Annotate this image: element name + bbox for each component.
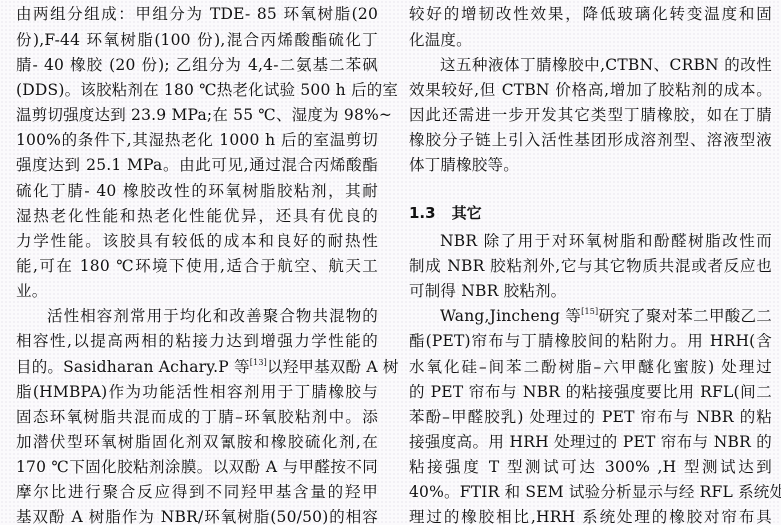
text-line: 能,可在 180 ℃环境下使用,适合于航空、航天工: [16, 256, 378, 276]
citation-ref: [15]: [581, 307, 598, 316]
text-line: 化温度。: [409, 30, 472, 50]
text-line: 的 PET 帘布与 NBR 的粘接强度要比用 RFL(间二: [409, 382, 772, 402]
text-line: 理过的橡胶相比,HRH 系统处理的橡胶对帘布具: [409, 507, 772, 525]
section-title: 其它: [452, 204, 482, 222]
text-line: 摩尔比进行聚合反应得到不同羟甲基含量的羟甲: [16, 482, 378, 502]
text-line: 活性相容剂常用于均化和改善聚合物共混物的: [47, 306, 378, 326]
text-line: 目的。Sasidharan Achary.P 等[13]以羟甲基双酚 A 树: [16, 357, 378, 377]
text-line: 力学性能。该胶具有较低的成本和良好的耐热性: [16, 231, 378, 251]
text-line: 效果较好,但 CTBN 价格高,增加了胶粘剂的成本。: [409, 80, 772, 100]
text-line: 接强度高。用 HRH 处理过的 PET 帘布与 NBR 的: [409, 432, 772, 452]
section-number: 1.3: [409, 204, 436, 222]
text-line: 制成 NBR 胶粘剂外,它与其它物质共混或者反应也: [409, 256, 772, 276]
text-line: 腈- 40 橡胶 (20 份); 乙组分为 4,4-二氨基二苯砜: [16, 55, 378, 75]
text-line: 强度达到 25.1 MPa。由此可见,通过混合丙烯酸酯: [16, 155, 378, 175]
text-line: 170 ℃下固化胶粘剂涂膜。以双酚 A 与甲醛按不同: [16, 457, 378, 477]
section-heading: 1.3其它: [409, 203, 482, 223]
text-line: 粘接强度 T 型测试可达 300% ,H 型测试达到: [409, 457, 772, 477]
text-line: 固态环氧树脂共混而成的丁腈–环氧胶粘剂中。添: [16, 407, 378, 427]
text-line: 业。: [16, 281, 47, 301]
text-line: 橡胶分子链上引入活性基团形成溶剂型、溶液型液: [409, 130, 772, 150]
text-line: 100%的条件下,其湿热老化 1000 h 后的室温剪切: [16, 130, 378, 150]
text-line: 温剪切强度达到 23.9 MPa;在 55 ℃、湿度为 98%~: [16, 105, 378, 125]
text-line: 可制得 NBR 胶粘剂。: [409, 281, 566, 301]
text-line: 这五种液体丁腈橡胶中,CTBN、CRBN 的改性: [440, 55, 772, 75]
text-line: NBR 除了用于对环氧树脂和酚醛树脂改性而: [440, 231, 772, 251]
text-line: (DDS)。该胶粘剂在 180 ℃热老化试验 500 h 后的室: [16, 80, 378, 100]
text-line: 相容性,以提高两相的粘接力达到增强力学性能的: [16, 331, 378, 351]
text-line: 苯酚–甲醛胶乳) 处理过的 PET 帘布与 NBR 的粘: [409, 407, 772, 427]
text-line: 由两组分组成：甲组分为 TDE- 85 环氧树脂(20: [16, 4, 378, 24]
text-line: 加潜伏型环氧树脂固化剂双氰胺和橡胶硫化剂,在: [16, 432, 378, 452]
text-line: 湿热老化性能和热老化性能优异，还具有优良的: [16, 206, 378, 226]
text-line: 水氧化硅–间苯二酚树脂–六甲醚化蜜胺) 处理过: [409, 357, 772, 377]
text-line: 脂(HMBPA)作为功能活性相容剂用于丁腈橡胶与: [16, 382, 378, 402]
text-line: 硫化丁腈- 40 橡胶改性的环氧树脂胶粘剂，其耐: [16, 181, 378, 201]
text-line: 基双酚 A 树脂作为 NBR/环氧树脂(50/50)的相容: [16, 507, 378, 525]
text-line: 40%。FTIR 和 SEM 试验分析显示与经 RFL 系统处: [409, 482, 772, 502]
text-line: 较好的增韧改性效果，降低玻璃化转变温度和固: [409, 4, 772, 24]
text-line: 体丁腈橡胶等。: [409, 155, 519, 175]
text-line: 因此还需进一步开发其它类型丁腈橡胶，如在丁腈: [409, 105, 772, 125]
text-line: Wang,Jincheng 等[15]研究了聚对苯二甲酸乙二: [440, 306, 772, 326]
text-line: 份),F-44 环氧树脂(100 份),混合丙烯酸酯硫化丁: [16, 30, 378, 50]
text-line: 酯(PET)帘布与丁腈橡胶间的粘附力。用 HRH(含: [409, 331, 772, 351]
citation-ref: [13]: [250, 358, 267, 367]
